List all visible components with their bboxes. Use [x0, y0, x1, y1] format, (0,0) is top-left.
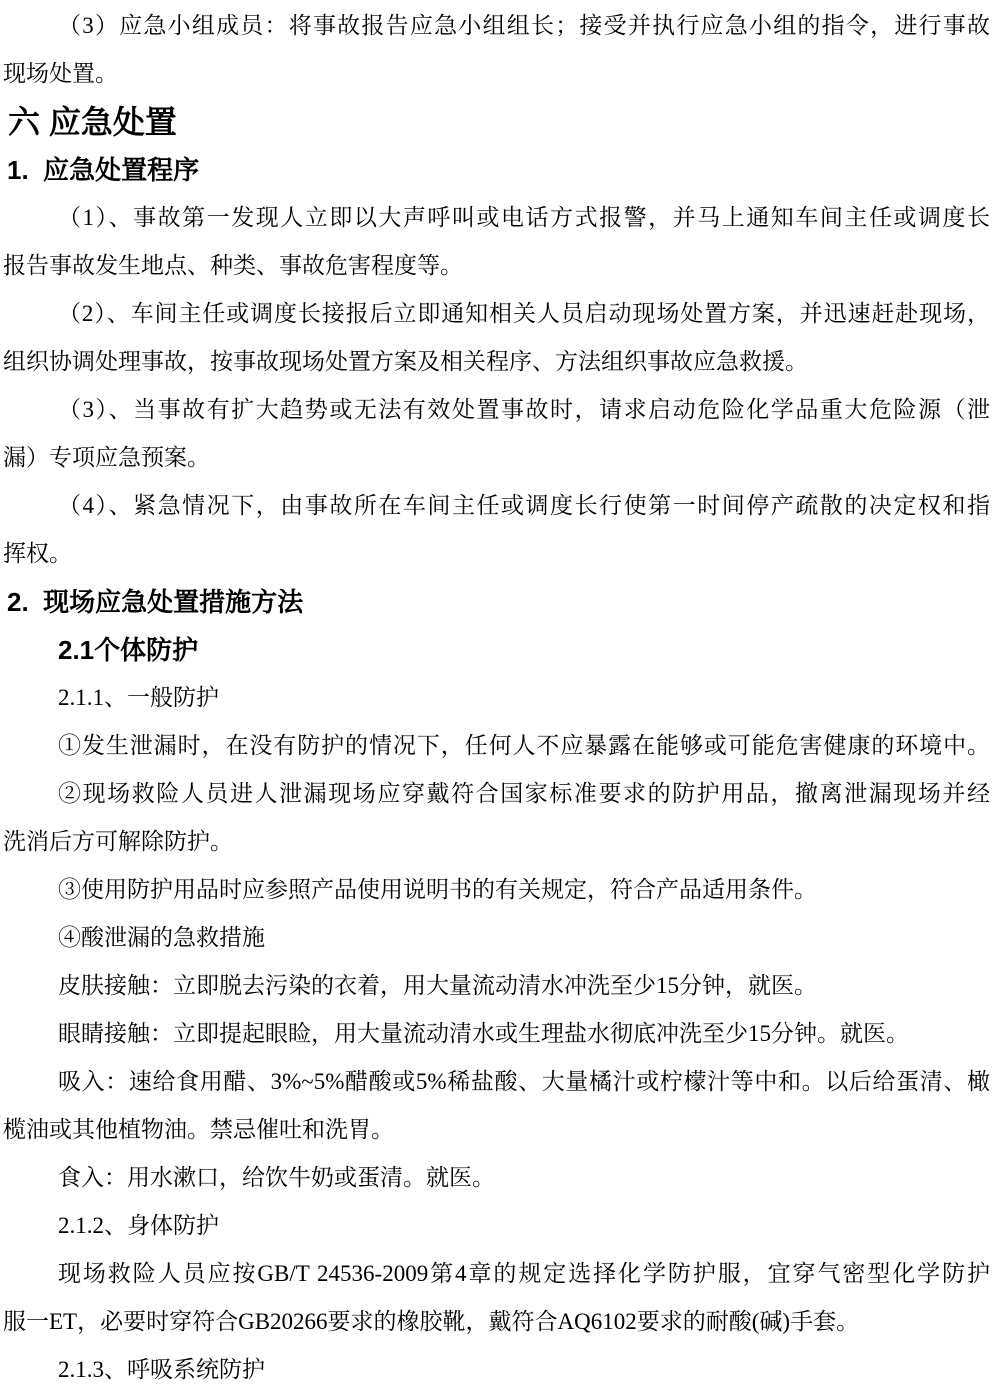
text-line: （3）应急小组成员：将事故报告应急小组组长；接受并执行应急小组的指令，进行事故: [3, 2, 990, 50]
text-line: （1）、事故第一发现人立即以大声呼叫或电话方式报警，并马上通知车间主任或调度长: [3, 194, 990, 242]
text-line: 2.1.3、呼吸系统防护: [3, 1346, 990, 1390]
section-heading: 2. 现场应急处置措施方法: [3, 578, 990, 626]
subsection-heading: 2.1个体防护: [3, 626, 990, 674]
text-line: ④酸泄漏的急救措施: [3, 914, 990, 962]
chapter-heading: 六 应急处置: [3, 98, 990, 146]
text-line: 吸入：速给食用醋、3%~5%醋酸或5%稀盐酸、大量橘汁或柠檬汁等中和。以后给蛋清…: [3, 1058, 990, 1106]
text-line: ③使用防护用品时应参照产品使用说明书的有关规定，符合产品适用条件。: [3, 866, 990, 914]
document-page: （3）应急小组成员：将事故报告应急小组组长；接受并执行应急小组的指令，进行事故现…: [0, 0, 1000, 1390]
text-line: 2.1.2、身体防护: [3, 1202, 990, 1250]
text-line: 服一ET，必要时穿符合GB20266要求的橡胶靴，戴符合AQ6102要求的耐酸(…: [3, 1298, 990, 1346]
section-heading: 1. 应急处置程序: [3, 146, 990, 194]
text-line: 洗消后方可解除防护。: [3, 818, 990, 866]
text-line: （3）、当事故有扩大趋势或无法有效处置事故时，请求启动危险化学品重大危险源（泄: [3, 386, 990, 434]
text-line: ②现场救险人员进人泄漏现场应穿戴符合国家标准要求的防护用品，撤离泄漏现场并经: [3, 770, 990, 818]
text-line: 皮肤接触：立即脱去污染的衣着，用大量流动清水冲洗至少15分钟，就医。: [3, 962, 990, 1010]
text-line: 报告事故发生地点、种类、事故危害程度等。: [3, 242, 990, 290]
text-line: 组织协调处理事故，按事故现场处置方案及相关程序、方法组织事故应急救援。: [3, 338, 990, 386]
text-line: 现场救险人员应按GB/T 24536-2009第4章的规定选择化学防护服，宜穿气…: [3, 1250, 990, 1298]
text-line: （4）、紧急情况下，由事故所在车间主任或调度长行使第一时间停产疏散的决定权和指: [3, 482, 990, 530]
text-line: 榄油或其他植物油。禁忌催吐和洗胃。: [3, 1106, 990, 1154]
text-line: 食入：用水漱口，给饮牛奶或蛋清。就医。: [3, 1154, 990, 1202]
text-line: （2）、车间主任或调度长接报后立即通知相关人员启动现场处置方案，并迅速赶赴现场，: [3, 290, 990, 338]
text-line: 眼睛接触：立即提起眼睑，用大量流动清水或生理盐水彻底冲洗至少15分钟。就医。: [3, 1010, 990, 1058]
text-line: 2.1.1、一般防护: [3, 674, 990, 722]
text-line: 现场处置。: [3, 50, 990, 98]
text-column: （3）应急小组成员：将事故报告应急小组组长；接受并执行应急小组的指令，进行事故现…: [3, 2, 990, 1390]
text-line: 挥权。: [3, 530, 990, 578]
text-line: ①发生泄漏时，在没有防护的情况下，任何人不应暴露在能够或可能危害健康的环境中。: [3, 722, 990, 770]
text-line: 漏）专项应急预案。: [3, 434, 990, 482]
